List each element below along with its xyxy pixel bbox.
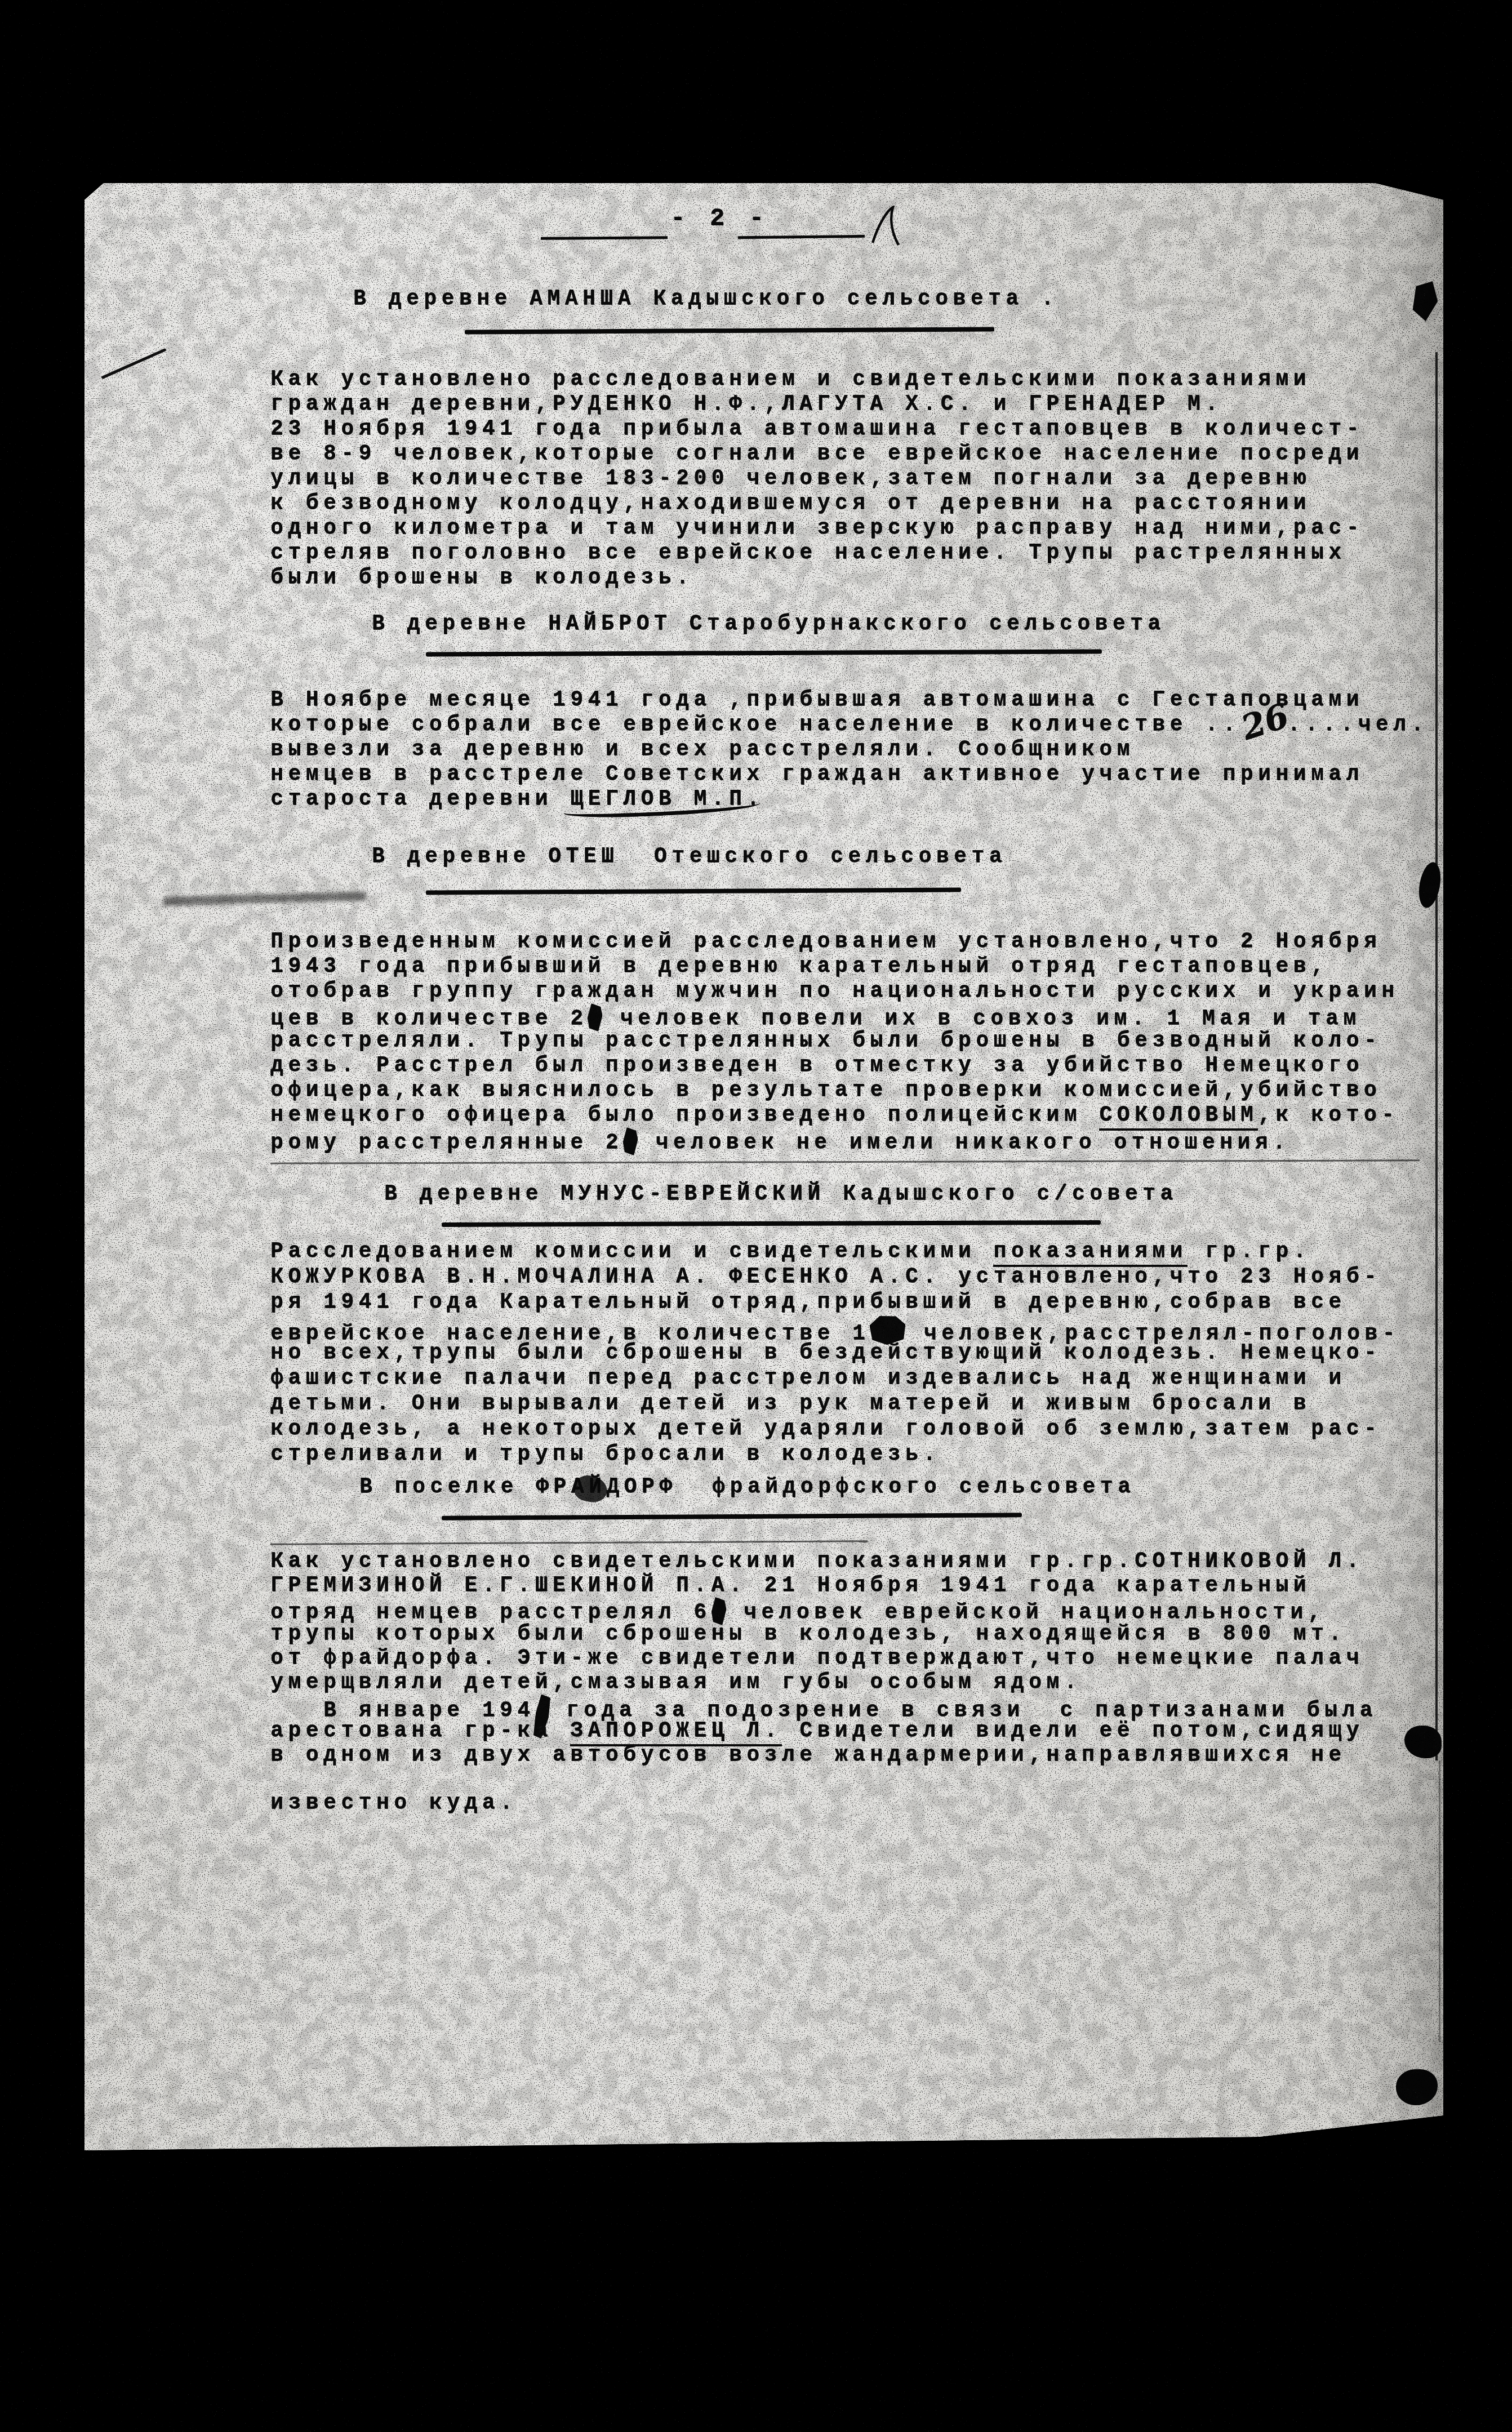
heading-underline bbox=[442, 1513, 1022, 1520]
line-text: человек повели их в совхоз им. 1 Мая и т… bbox=[602, 1007, 1360, 1031]
section-heading-otesh: В деревне ОТЕШ Отешского сельсовета bbox=[372, 844, 1007, 869]
document-line: отряд немцев расстрелял 6 человек еврейс… bbox=[270, 1598, 1326, 1625]
edge-blob bbox=[1416, 860, 1443, 909]
handwritten-digit-blot bbox=[586, 1003, 604, 1032]
document-line: к безводному колодцу,находившемуся от де… bbox=[270, 491, 1311, 515]
document-line: колодезь, а некоторых детей ударяли голо… bbox=[270, 1417, 1381, 1441]
line-text: немецкого офицера было произведено полиц… bbox=[270, 1103, 1099, 1127]
document-line: стреляв поголовно все еврейское населени… bbox=[270, 541, 1346, 565]
line-text: человек еврейской национальности, bbox=[726, 1600, 1326, 1625]
document-line: цев в количестве 2 человек повели их в с… bbox=[270, 1004, 1361, 1031]
edge-blob bbox=[1396, 2069, 1438, 2105]
document-line: но всех,трупы были сброшены в бездейству… bbox=[270, 1341, 1381, 1365]
handwritten-digit-blot bbox=[621, 1127, 639, 1156]
document-line: стреливали и трупы бросали в колодезь. bbox=[270, 1442, 941, 1466]
line-text: рому расстрелянные 2 bbox=[270, 1131, 623, 1155]
document-line: в одном из двух автобусов возле жандарме… bbox=[270, 1743, 1346, 1767]
document-line: фашистские палачи перед расстрелом издев… bbox=[270, 1366, 1346, 1390]
document-line: дезь. Расстрел был произведен в отместку… bbox=[270, 1053, 1364, 1078]
section-heading-munus: В деревне МУНУС-ЕВРЕЙСКИЙ Кадышского с/с… bbox=[384, 1182, 1178, 1206]
handwritten-digit-blot bbox=[710, 1597, 728, 1626]
line-text: арестована гр-ка bbox=[270, 1719, 570, 1743]
heading-underline bbox=[426, 649, 1102, 656]
scan-background: { "page_number": "- 2 -", "sections": { … bbox=[0, 0, 1512, 2432]
document-line: В Ноябре месяце 1941 года ,прибывшая авт… bbox=[270, 688, 1364, 712]
heading-underline bbox=[442, 1220, 1101, 1227]
document-line: расстреляли. Трупы расстрелянных были бр… bbox=[270, 1029, 1381, 1053]
document-line: немецкого офицера было произведено полиц… bbox=[270, 1103, 1399, 1127]
section-heading-naibrot: В деревне НАЙБРОТ Старобурнакского сельс… bbox=[372, 612, 1166, 636]
fold-line bbox=[1439, 1760, 1440, 2042]
document-line: от фрайдорфа. Эти-же свидетели подтвержд… bbox=[270, 1646, 1364, 1670]
line-text: цев в количестве 2 bbox=[270, 1007, 588, 1031]
document-line: одного километра и там учинили зверскую … bbox=[270, 516, 1364, 540]
document-line: вывезли за деревню и всех расстреляли. С… bbox=[270, 737, 1135, 762]
heading-underline bbox=[426, 888, 961, 895]
line-text: Свидетели видели её потом,сидящу bbox=[782, 1719, 1364, 1743]
line-text: гр.гр. bbox=[1188, 1239, 1311, 1264]
handwritten-tick bbox=[870, 206, 902, 251]
pagenum-dash-left bbox=[541, 236, 668, 240]
line-text: Расследованием комиссии и свидетельскими bbox=[270, 1239, 993, 1264]
arrested-name: ЗАПОРОЖЕЦ Л. bbox=[570, 1719, 782, 1746]
handwritten-count-naibrot: 26 bbox=[1243, 715, 1287, 730]
document-line: офицера,как выяснилось в результате пров… bbox=[270, 1078, 1381, 1102]
document-line: немцев в расстреле Советских граждан акт… bbox=[270, 762, 1364, 786]
line-text: которые собрали все еврейское население … bbox=[270, 713, 1240, 737]
heading-underline bbox=[465, 327, 994, 335]
separator-line bbox=[270, 1159, 1420, 1164]
document-line: 1943 года прибывший в деревню карательны… bbox=[270, 954, 1328, 979]
document-line: Расследованием комиссии и свидетельскими… bbox=[270, 1239, 1311, 1264]
document-line: которые собрали все еврейское население … bbox=[270, 713, 1429, 737]
document-line: улицы в количестве 183-200 человек,затем… bbox=[270, 466, 1311, 491]
document-line: ГРЕМИЗИНОЙ Е.Г.ШЕКИНОЙ П.А. 21 Ноября 19… bbox=[270, 1573, 1311, 1598]
document-line: ря 1941 года Карательный отряд,прибывший… bbox=[270, 1290, 1346, 1314]
document-line: КОЖУРКОВА В.Н.МОЧАЛИНА А. ФЕСЕНКО А.С. у… bbox=[270, 1265, 1381, 1289]
document-line: трупы которых были сброшены в колодезь, … bbox=[270, 1622, 1346, 1646]
page-number: - 2 - bbox=[670, 204, 769, 233]
document-line: рому расстрелянные 2 человек не имели ни… bbox=[270, 1128, 1290, 1155]
line-text: отряд немцев расстрелял 6 bbox=[270, 1600, 711, 1625]
document-line: были брошены в колодезь. bbox=[270, 566, 693, 590]
document-line: Как установлено расследованием и свидете… bbox=[270, 367, 1311, 392]
section-heading-fraidorf: В поселке ФРАЙДОРФ фрайдорфского сельсов… bbox=[359, 1475, 1135, 1499]
document-line: известно куда. bbox=[270, 1791, 517, 1815]
document-line: отобрав группу граждан мужчин по национа… bbox=[270, 979, 1399, 1003]
document-line: Произведенным комиссией расследованием у… bbox=[270, 930, 1381, 954]
ink-smudge bbox=[163, 891, 366, 905]
document-line: 23 Ноября 1941 года прибыла автомашина г… bbox=[270, 417, 1364, 441]
document-line: умерщвляли детей,смазывая им губы особым… bbox=[270, 1670, 1082, 1695]
document-line: граждан деревни,РУДЕНКО Н.Ф.,ЛАГУТА Х.С.… bbox=[270, 392, 1222, 416]
line-text: ....чел. bbox=[1287, 713, 1428, 737]
document-page: - 2 - В деревне АМАНША Кадышского сельсо… bbox=[85, 183, 1443, 2152]
document-line: детьми. Они вырывали детей из рук матере… bbox=[270, 1391, 1311, 1416]
document-line: Как установлено свидетельскими показания… bbox=[270, 1549, 1364, 1573]
line-text: староста деревни bbox=[270, 787, 570, 811]
section-heading-amansha: В деревне АМАНША Кадышского сельсовета . bbox=[353, 287, 1059, 311]
pagenum-dash-right bbox=[738, 235, 865, 239]
edge-blob bbox=[1408, 278, 1442, 323]
document-line: ве 8-9 человек,которые согнали все еврей… bbox=[270, 442, 1364, 466]
line-text: ,к кото- bbox=[1258, 1103, 1399, 1127]
edge-blob bbox=[1404, 1726, 1442, 1758]
line-text: человек не имели никакого отношения. bbox=[638, 1131, 1290, 1155]
separator-line bbox=[270, 1540, 868, 1545]
underlined-word: показаниями bbox=[993, 1239, 1187, 1267]
policeman-name: СОКОЛОВЫМ bbox=[1099, 1103, 1258, 1131]
pen-stroke bbox=[101, 348, 166, 379]
fold-line bbox=[1435, 352, 1438, 1760]
document-line: арестована гр-ка ЗАПОРОЖЕЦ Л. Свидетели … bbox=[270, 1719, 1364, 1743]
